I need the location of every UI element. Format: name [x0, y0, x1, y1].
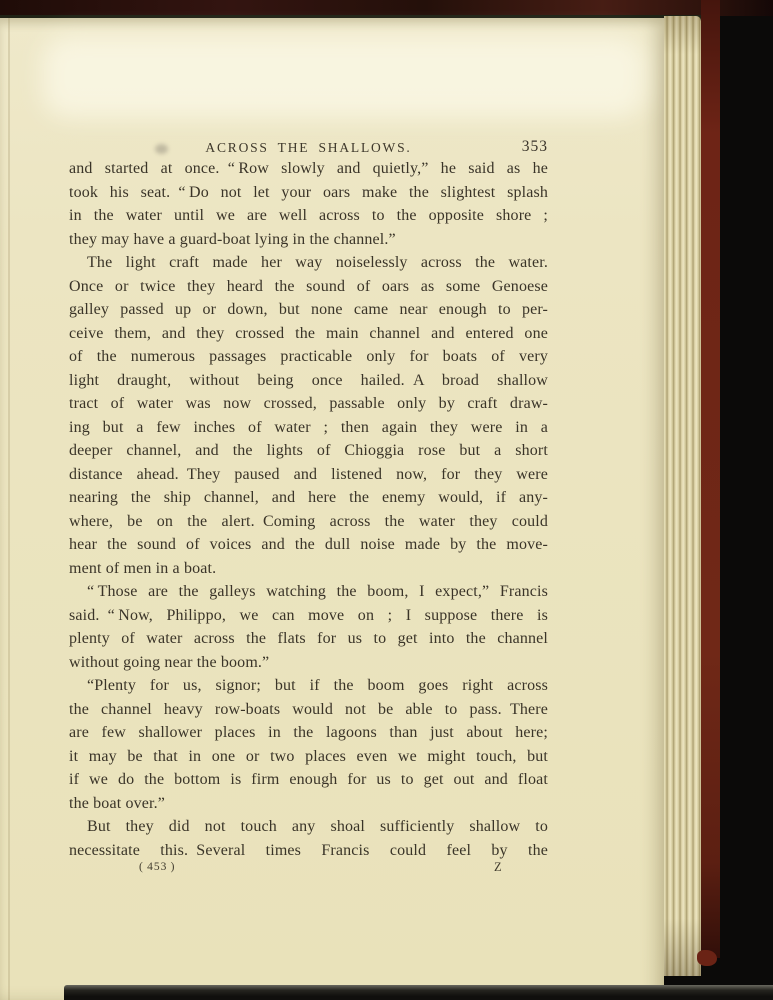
text-line: tract of water was now crossed, passable… [69, 392, 548, 416]
book-cover-top-edge [0, 0, 773, 16]
page-left-crease [8, 18, 10, 1000]
text-line: where, be on the alert. Coming across th… [69, 510, 548, 534]
text-line: deeper channel, and the lights of Chiogg… [69, 439, 548, 463]
text-line: the channel heavy row-boats would not be… [69, 698, 548, 722]
page-footer: ( 453 ) Z [69, 861, 548, 877]
text-line: it may be that in one or two places even… [69, 745, 548, 769]
paragraph: “ Those are the galleys watching the boo… [69, 580, 548, 674]
paragraph: The light craft made her way noiselessly… [69, 251, 548, 580]
text-line: in the water until we are well across to… [69, 204, 548, 228]
text-line: said. “ Now, Philippo, we can move on ; … [69, 604, 548, 628]
text-line: and started at once. “ Row slowly and qu… [69, 157, 548, 181]
text-line: they may have a guard-boat lying in the … [69, 228, 548, 252]
text-line: took his seat. “ Do not let your oars ma… [69, 181, 548, 205]
signature-mark-right: Z [494, 860, 502, 875]
text-line: plenty of water across the flats for us … [69, 627, 548, 651]
text-line: necessitate this. Several times Francis … [69, 839, 548, 863]
page-scan-highlight [42, 36, 646, 118]
text-line: nearing the ship channel, and here the e… [69, 486, 548, 510]
book-scan: ACROSS THE SHALLOWS. 353 and started at … [0, 0, 773, 1000]
text-line: The light craft made her way noiselessly… [69, 251, 548, 275]
text-line: without going near the boom.” [69, 651, 548, 675]
text-line: of the numerous passages practicable onl… [69, 345, 548, 369]
text-line: the boat over.” [69, 792, 548, 816]
running-title: ACROSS THE SHALLOWS. [69, 140, 548, 156]
text-line: if we do the bottom is firm enough for u… [69, 768, 548, 792]
table-edge-bottom [64, 985, 773, 1000]
paragraph: and started at once. “ Row slowly and qu… [69, 157, 548, 251]
page-body: and started at once. “ Row slowly and qu… [69, 157, 548, 862]
book-cover-corner [697, 950, 717, 966]
text-line: light draught, without being once hailed… [69, 369, 548, 393]
text-line: galley passed up or down, but none came … [69, 298, 548, 322]
text-line: distance ahead. They paused and listened… [69, 463, 548, 487]
signature-mark-left: ( 453 ) [139, 861, 176, 873]
text-line: “Plenty for us, signor; but if the boom … [69, 674, 548, 698]
text-line: ceive them, and they crossed the main ch… [69, 322, 548, 346]
text-line: ment of men in a boat. [69, 557, 548, 581]
text-line: Once or twice they heard the sound of oa… [69, 275, 548, 299]
book-cover-right-edge [701, 0, 720, 958]
text-line: are few shallower places in the lagoons … [69, 721, 548, 745]
page-number: 353 [522, 138, 548, 156]
paragraph: But they did not touch any shoal suffici… [69, 815, 548, 862]
text-line: hear the sound of voices and the dull no… [69, 533, 548, 557]
book-page: ACROSS THE SHALLOWS. 353 and started at … [0, 18, 664, 1000]
text-line: ing but a few inches of water ; then aga… [69, 416, 548, 440]
text-line: But they did not touch any shoal suffici… [69, 815, 548, 839]
text-line: “ Those are the galleys watching the boo… [69, 580, 548, 604]
page-header: ACROSS THE SHALLOWS. 353 [69, 140, 548, 158]
paragraph: “Plenty for us, signor; but if the boom … [69, 674, 548, 815]
page-edge-stack [664, 16, 701, 976]
